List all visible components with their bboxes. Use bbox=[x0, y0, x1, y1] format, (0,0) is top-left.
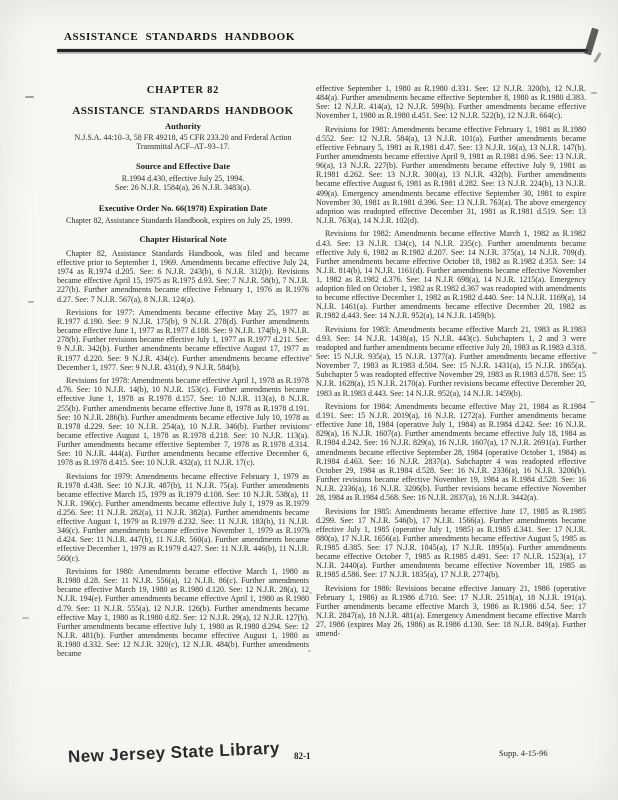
scan-smudge bbox=[584, 28, 599, 56]
history-paragraph-1979: Revisions for 1979: Amendments became ef… bbox=[57, 472, 309, 563]
scanned-document-page: ASSISTANCE STANDARDS HANDBOOK CHAPTER 82… bbox=[0, 0, 618, 800]
scan-speck bbox=[308, 650, 311, 652]
history-paragraph-1984: Revisions for 1984: Amendments became ef… bbox=[316, 402, 586, 502]
page-number: 82-1 bbox=[294, 751, 311, 761]
chapter-number-heading: CHAPTER 82 bbox=[57, 86, 309, 95]
left-column: CHAPTER 82 ASSISTANCE STANDARDS HANDBOOK… bbox=[57, 86, 309, 663]
history-paragraph-intro: Chapter 82, Assistance Standards Handboo… bbox=[57, 249, 309, 304]
header-rule bbox=[57, 49, 588, 52]
scan-speck bbox=[28, 301, 34, 303]
history-paragraph-1985: Revisions for 1985: Amendments became ef… bbox=[316, 507, 586, 580]
scan-speck bbox=[309, 592, 312, 594]
authority-heading: Authority bbox=[57, 122, 309, 131]
library-stamp: New Jersey State Library bbox=[68, 739, 280, 768]
authority-text: N.J.S.A. 44:10–3, 58 FR 49218, 45 CFR 23… bbox=[66, 133, 300, 151]
history-paragraph-1980: Revisions for 1980: Amendments became ef… bbox=[57, 567, 309, 658]
chapter-title: ASSISTANCE STANDARDS HANDBOOK bbox=[57, 107, 309, 116]
history-paragraph-1980-continued: effective September 1, 1980 as R.1980 d.… bbox=[316, 84, 586, 120]
scan-speck bbox=[592, 352, 597, 354]
supplement-date: Supp. 4-15-96 bbox=[499, 748, 548, 758]
scan-smudge bbox=[593, 52, 601, 63]
scan-speck bbox=[309, 424, 312, 426]
source-heading: Source and Effective Date bbox=[57, 162, 309, 171]
history-paragraph-1978: Revisions for 1978: Amendments became ef… bbox=[57, 376, 309, 467]
scan-speck bbox=[22, 617, 29, 619]
expiration-text: Chapter 82, Assistance Standards Handboo… bbox=[57, 216, 309, 225]
source-line-2: See: 26 N.J.R. 1584(a), 26 N.J.R. 3483(a… bbox=[57, 183, 309, 192]
history-paragraph-1983: Revisions for 1983: Amendments became ef… bbox=[316, 325, 586, 398]
scan-speck bbox=[308, 531, 311, 533]
historical-note-heading: Chapter Historical Note bbox=[57, 235, 309, 244]
scan-speck bbox=[591, 92, 597, 94]
right-column: effective September 1, 1980 as R.1980 d.… bbox=[316, 84, 586, 643]
history-paragraph-1982: Revisions for 1982: Amendments became ef… bbox=[316, 229, 586, 320]
expiration-date-heading: Executive Order No. 66(1978) Expiration … bbox=[57, 204, 309, 213]
history-paragraph-1977: Revisions for 1977: Amendments became ef… bbox=[57, 308, 309, 372]
running-header: ASSISTANCE STANDARDS HANDBOOK bbox=[64, 31, 295, 43]
history-paragraph-1981: Revisions for 1981: Amendments became ef… bbox=[316, 125, 586, 225]
scan-speck bbox=[309, 355, 312, 357]
history-paragraph-1986: Revisions for 1986: Revisions became eff… bbox=[316, 584, 586, 639]
source-line-1: R.1994 d.430, effective July 25, 1994. bbox=[57, 174, 309, 183]
scan-speck bbox=[25, 96, 34, 98]
scan-speck bbox=[590, 401, 595, 403]
